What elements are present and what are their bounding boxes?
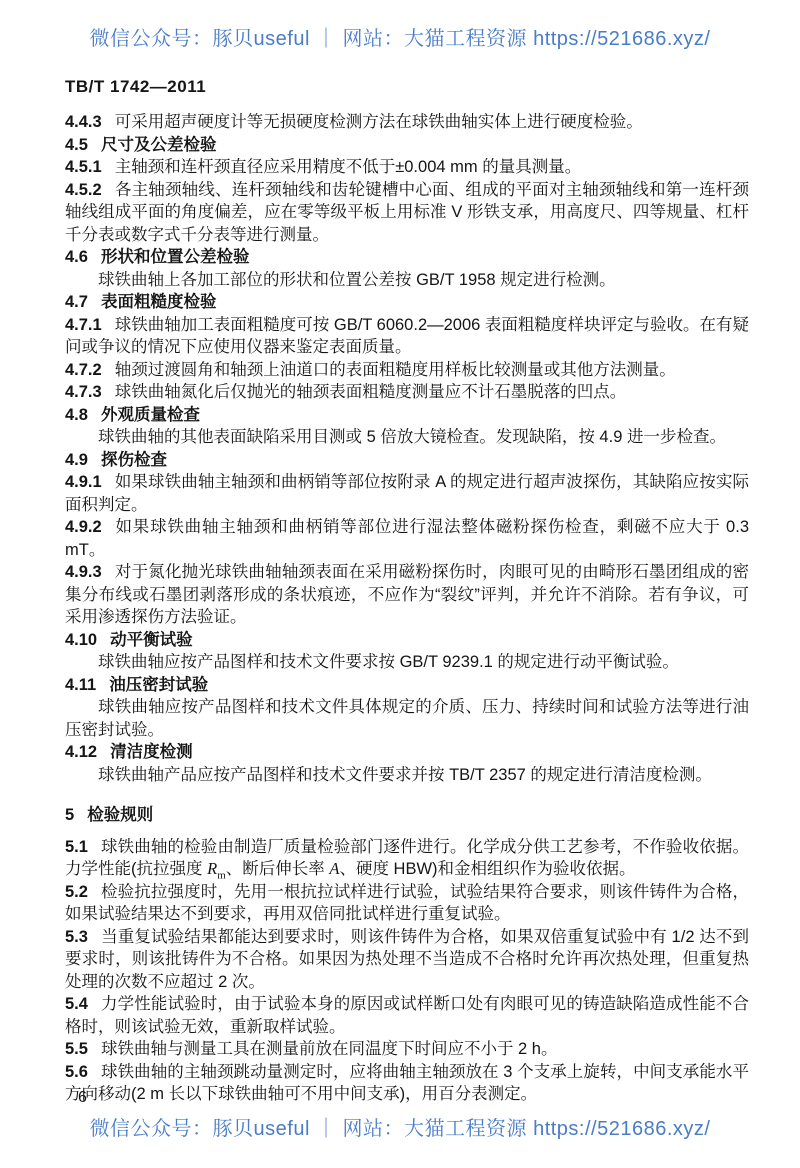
paragraph: 球铁曲轴应按产品图样和技术文件要求按 GB/T 9239.1 的规定进行动平衡试… — [65, 651, 749, 674]
paragraph-text: 对于氮化抛光球铁曲轴轴颈表面在采用磁粉探伤时，肉眼可见的由畸形石墨团组成的密集分… — [65, 563, 749, 626]
clause-number: 4.9.1 — [65, 473, 102, 491]
paragraph-text: 轴颈过渡圆角和轴颈上油道口的表面粗糙度用样板比较测量或其他方法测量。 — [115, 361, 676, 379]
paragraph: 球铁曲轴的其他表面缺陷采用目测或 5 倍放大镜检查。发现缺陷，按 4.9 进一步… — [65, 426, 749, 449]
paragraph-text: R — [207, 859, 217, 878]
heading-title: 表面粗糙度检验 — [101, 293, 217, 311]
paragraph-text: 检验抗拉强度时，先用一根抗拉试样进行试验，试验结果符合要求，则该件铸件为合格，如… — [65, 883, 749, 924]
paragraph-text: 球铁曲轴的其他表面缺陷采用目测或 5 倍放大镜检查。发现缺陷，按 4.9 进一步… — [98, 428, 726, 446]
clause-number: 4.5 — [65, 136, 88, 154]
watermark-top: 微信公众号：豚贝useful ｜ 网站：大猫工程资源 https://52168… — [0, 22, 800, 51]
clause-number: 5 — [65, 806, 74, 824]
paragraph-text: 各主轴颈轴线、连杆颈轴线和齿轮键槽中心面、组成的平面对主轴颈轴线和第一连杆颈轴线… — [65, 181, 749, 244]
paragraph: 5.2检验抗拉强度时，先用一根抗拉试样进行试验，试验结果符合要求，则该件铸件为合… — [65, 881, 749, 926]
paragraph: 4.5.2各主轴颈轴线、连杆颈轴线和齿轮键槽中心面、组成的平面对主轴颈轴线和第一… — [65, 179, 749, 247]
paragraph-text: 主轴颈和连杆颈直径应采用精度不低于±0.004 mm 的量具测量。 — [115, 158, 582, 176]
paragraph-text: 当重复试验结果都能达到要求时，则该件铸件为合格，如果双倍重复试验中有 1/2 达… — [65, 928, 749, 991]
clause-number: 4.7.1 — [65, 316, 102, 334]
heading-title: 形状和位置公差检验 — [101, 248, 250, 266]
clause-number: 4.5.2 — [65, 181, 102, 199]
clause-number: 4.10 — [65, 631, 97, 649]
clause-number: 4.9.3 — [65, 563, 102, 581]
paragraph: 5.6球铁曲轴的主轴颈跳动量测定时，应将曲轴主轴颈放在 3 个支承上旋转，中间支… — [65, 1061, 749, 1106]
clause-number: 4.9 — [65, 451, 88, 469]
paragraph-text: 、硬度 HBW)和金相组织作为验收依据。 — [339, 860, 635, 878]
section-heading: 4.5尺寸及公差检验 — [65, 134, 749, 157]
paragraph-text: 球铁曲轴加工表面粗糙度可按 GB/T 6060.2—2006 表面粗糙度样块评定… — [65, 316, 749, 357]
clause-number: 5.4 — [65, 995, 88, 1013]
paragraph: 5.1球铁曲轴的检验由制造厂质量检验部门逐件进行。化学成分供工艺参考，不作验收依… — [65, 836, 749, 881]
paragraph: 4.9.2如果球铁曲轴主轴颈和曲柄销等部位进行湿法整体磁粉探伤检查，剩磁不应大于… — [65, 516, 749, 561]
clause-number: 4.8 — [65, 406, 88, 424]
heading-title: 动平衡试验 — [110, 631, 193, 649]
paragraph-text: 球铁曲轴氮化后仅抛光的轴颈表面粗糙度测量应不计石墨脱落的凹点。 — [115, 383, 627, 401]
paragraph-text: 如果球铁曲轴主轴颈和曲柄销等部位进行湿法整体磁粉探伤检查，剩磁不应大于 0.3 … — [65, 518, 749, 559]
clause-number: 4.12 — [65, 743, 97, 761]
subscript-text: m — [217, 869, 226, 881]
paragraph-text: 如果球铁曲轴主轴颈和曲柄销等部位按附录 A 的规定进行超声波探伤，其缺陷应按实际… — [65, 473, 749, 514]
heading-title: 清洁度检测 — [110, 743, 193, 761]
clause-number: 4.4.3 — [65, 113, 102, 131]
paragraph: 4.9.1如果球铁曲轴主轴颈和曲柄销等部位按附录 A 的规定进行超声波探伤，其缺… — [65, 471, 749, 516]
paragraph-text: 球铁曲轴与测量工具在测量前放在同温度下时间应不小于 2 h。 — [101, 1040, 558, 1058]
clause-number: 4.7 — [65, 293, 88, 311]
paragraph-text: 球铁曲轴上各加工部位的形状和位置公差按 GB/T 1958 规定进行检测。 — [98, 271, 616, 289]
paragraph: 4.7.3球铁曲轴氮化后仅抛光的轴颈表面粗糙度测量应不计石墨脱落的凹点。 — [65, 381, 749, 404]
section-heading: 4.10动平衡试验 — [65, 629, 749, 652]
section-heading: 4.9探伤检查 — [65, 449, 749, 472]
paragraph: 4.7.2轴颈过渡圆角和轴颈上油道口的表面粗糙度用样板比较测量或其他方法测量。 — [65, 359, 749, 382]
clause-number: 5.3 — [65, 928, 88, 946]
section-heading: 4.11油压密封试验 — [65, 674, 749, 697]
document-body: 4.4.3可采用超声硬度计等无损硬度检测方法在球铁曲轴实体上进行硬度检验。4.5… — [65, 111, 749, 1106]
section-heading: 4.7表面粗糙度检验 — [65, 291, 749, 314]
clause-number: 4.7.2 — [65, 361, 102, 379]
scanned-standard-page: { "watermark": { "color": "#4a7cc7", "to… — [0, 0, 800, 1168]
paragraph: 4.9.3对于氮化抛光球铁曲轴轴颈表面在采用磁粉探伤时，肉眼可见的由畸形石墨团组… — [65, 561, 749, 629]
page-number: 6 — [78, 1089, 87, 1107]
section-heading: 4.6形状和位置公差检验 — [65, 246, 749, 269]
clause-number: 4.9.2 — [65, 518, 102, 536]
paragraph: 球铁曲轴上各加工部位的形状和位置公差按 GB/T 1958 规定进行检测。 — [65, 269, 749, 292]
paragraph-text: 力学性能试验时，由于试验本身的原因或试样断口处有肉眼可见的铸造缺陷造成性能不合格… — [65, 995, 749, 1036]
heading-title: 探伤检查 — [101, 451, 167, 469]
paragraph: 球铁曲轴产品应按产品图样和技术文件要求并按 TB/T 2357 的规定进行清洁度… — [65, 764, 749, 787]
paragraph-text: A — [329, 859, 339, 878]
paragraph-text: 球铁曲轴应按产品图样和技术文件要求按 GB/T 9239.1 的规定进行动平衡试… — [98, 653, 679, 671]
clause-number: 4.6 — [65, 248, 88, 266]
standard-number: TB/T 1742—2011 — [65, 77, 206, 97]
clause-number: 5.2 — [65, 883, 88, 901]
section-heading: 4.8外观质量检查 — [65, 404, 749, 427]
clause-number: 4.7.3 — [65, 383, 102, 401]
paragraph: 5.5球铁曲轴与测量工具在测量前放在同温度下时间应不小于 2 h。 — [65, 1038, 749, 1061]
paragraph: 4.7.1球铁曲轴加工表面粗糙度可按 GB/T 6060.2—2006 表面粗糙… — [65, 314, 749, 359]
paragraph: 球铁曲轴应按产品图样和技术文件具体规定的介质、压力、持续时间和试验方法等进行油压… — [65, 696, 749, 741]
heading-title: 尺寸及公差检验 — [101, 136, 217, 154]
section-heading: 5检验规则 — [65, 804, 749, 827]
heading-title: 油压密封试验 — [109, 676, 208, 694]
paragraph-text: 可采用超声硬度计等无损硬度检测方法在球铁曲轴实体上进行硬度检验。 — [115, 113, 643, 131]
heading-title: 检验规则 — [87, 806, 153, 824]
clause-number: 4.5.1 — [65, 158, 102, 176]
clause-number: 4.11 — [65, 676, 96, 694]
paragraph: 4.4.3可采用超声硬度计等无损硬度检测方法在球铁曲轴实体上进行硬度检验。 — [65, 111, 749, 134]
watermark-bottom: 微信公众号：豚贝useful ｜ 网站：大猫工程资源 https://52168… — [0, 1112, 800, 1141]
paragraph-text: 球铁曲轴产品应按产品图样和技术文件要求并按 TB/T 2357 的规定进行清洁度… — [98, 766, 712, 784]
section-heading: 4.12清洁度检测 — [65, 741, 749, 764]
paragraph-text: 、断后伸长率 — [226, 860, 330, 878]
heading-title: 外观质量检查 — [101, 406, 200, 424]
paragraph: 4.5.1主轴颈和连杆颈直径应采用精度不低于±0.004 mm 的量具测量。 — [65, 156, 749, 179]
paragraph-text: 球铁曲轴应按产品图样和技术文件具体规定的介质、压力、持续时间和试验方法等进行油压… — [65, 698, 749, 739]
paragraph: 5.4力学性能试验时，由于试验本身的原因或试样断口处有肉眼可见的铸造缺陷造成性能… — [65, 993, 749, 1038]
clause-number: 5.5 — [65, 1040, 88, 1058]
paragraph: 5.3当重复试验结果都能达到要求时，则该件铸件为合格，如果双倍重复试验中有 1/… — [65, 926, 749, 994]
clause-number: 5.6 — [65, 1063, 88, 1081]
paragraph-text: 球铁曲轴的主轴颈跳动量测定时，应将曲轴主轴颈放在 3 个支承上旋转，中间支承能水… — [65, 1063, 749, 1104]
clause-number: 5.1 — [65, 838, 88, 856]
